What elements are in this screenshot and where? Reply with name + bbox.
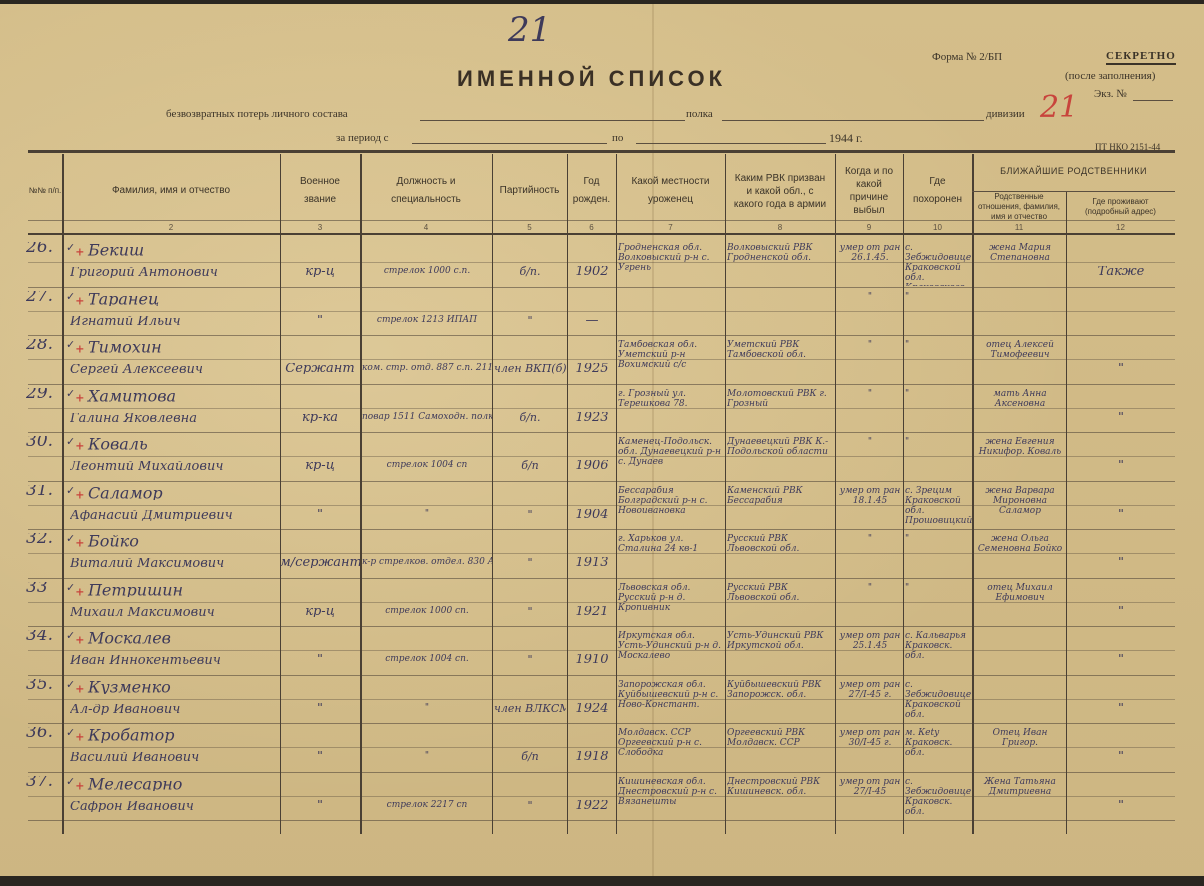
relative-cell: жена Ольга Семеновна Бойко [974,534,1066,577]
period-year: 1944 г. [829,131,863,146]
row-number: 37. [26,776,62,787]
rank-cell: Сержант [280,363,360,374]
col-header-name: Фамилия, имя и отчество [62,160,280,222]
buried-cell: " [905,389,972,432]
col-number: 12 [1066,223,1175,232]
address-cell: " [1068,509,1174,520]
reason-cell: умер от ран 30/I-45 г. [837,728,903,771]
surname: Кузменко [88,679,171,695]
deceased-cross-icon: + [75,343,84,355]
given-names: Сергей Алексеевич [70,364,278,375]
regiment-label: полка [686,108,713,120]
after-filling-note: (после заполнения) [1065,70,1155,82]
unit-line [420,120,685,121]
position-cell: стрелок 1000 с.п. [362,266,492,276]
rank-cell: кр-ка [280,412,360,423]
position-cell: стрелок 1213 ИПАП [362,315,492,325]
origin-cell: г. Грозный ул. Терешкова 78. [618,389,724,432]
deceased-cross-icon: + [75,391,84,403]
row-divider [28,287,1175,288]
given-names: Иван Иннокентьевич [70,655,278,666]
row-number: 35. [26,679,62,690]
origin-cell: Каменец-Подольск. обл. Дунаевецкий р-н с… [618,437,724,480]
deceased-cross-icon: + [75,731,84,743]
col-number: 2 [62,223,280,232]
surname-cell: ✓+ Саламор [66,485,278,501]
address-cell: " [1068,460,1174,471]
col-divider [835,154,836,834]
reason-cell: умер от ран 25.1.45 [837,631,903,674]
party-cell: " [494,606,566,617]
position-cell: стрелок 1004 сп. [362,654,492,664]
row-divider [28,820,1175,821]
header-bottom-rule [28,233,1175,235]
check-mark-icon: ✓ [66,339,75,351]
copy-number-line [1133,100,1173,101]
regiment-line [722,120,984,121]
deceased-cross-icon: + [75,634,84,646]
origin-cell: Львовская обл. Русский р-н д. Кропивник [618,583,724,626]
relative-cell: Жена Татьяна Дмитриевна [974,777,1066,820]
col-number: 7 [616,223,725,232]
form-sheet: 21 Форма № 2/БП СЕКРЕТНО (после заполнен… [0,4,1204,876]
division-label: дивизии [986,108,1025,120]
position-cell: ком. стр. отд. 887 с.п. 211 с.д. [362,363,492,373]
row-number: 30. [26,436,62,447]
row-divider [28,529,1175,530]
reason-cell: " [837,340,903,383]
position-cell: стрелок 2217 сп [362,800,492,810]
row-number: 34. [26,630,62,641]
row-number: 33 [26,582,62,593]
surname-cell: ✓+ Тимохин [66,339,278,355]
col-divider [1066,192,1067,834]
origin-cell: г. Харьков ул. Сталина 24 кв-1 [618,534,724,577]
rvk-cell: Волковыский РВК Гродненской обл. [727,243,834,286]
deceased-cross-icon: + [75,585,84,597]
buried-cell: с. Зебжидовице Краковской обл. Краковско… [905,243,972,286]
origin-cell: Молдавск. ССР Оргеевский р-н с. Слободка [618,728,724,771]
buried-cell: м. Кеty Краковск. обл. [905,728,972,771]
party-cell: " [494,654,566,665]
buried-cell: " [905,292,972,335]
given-names: Виталий Максимович [70,558,278,569]
row-divider [28,578,1175,579]
position-cell: " [362,703,492,713]
col-number: 10 [903,223,972,232]
row-divider [28,432,1175,433]
classification-stamp: СЕКРЕТНО [1106,50,1176,65]
party-cell: " [494,557,566,568]
relative-cell: жена Варвара Мироновна Саламор [974,486,1066,529]
position-cell: стрелок 1000 сп. [362,606,492,616]
surname: Петришин [88,582,183,598]
surname-cell: ✓+ Бойко [66,533,278,549]
deceased-cross-icon: + [75,682,84,694]
party-cell: б/п. [494,412,566,423]
buried-cell: " [905,340,972,383]
surname-cell: ✓+ Хамитова [66,388,278,404]
origin-cell [618,292,724,335]
year-cell: 1918 [568,751,616,762]
relative-cell: Отец Иван Григор. [974,728,1066,771]
rank-cell: " [280,800,360,811]
rvk-cell: Куйбышевский РВК Запорожск. обл. [727,680,834,723]
col-divider [725,154,726,834]
col-number: 8 [725,223,835,232]
col-header-relative: Родственные отношения, фамилия, имя и от… [972,194,1066,220]
division-handwritten-mark: 21 [1040,90,1078,125]
surname-cell: ✓+ Кузменко [66,679,278,695]
reason-cell: " [837,534,903,577]
reason-cell: умер от ран 26.1.45. [837,243,903,286]
rvk-cell: Русский РВК Львовской обл. [727,583,834,626]
row-number: 29. [26,388,62,399]
surname: Коваль [88,436,148,452]
rank-cell: " [280,315,360,326]
reason-cell: " [837,389,903,432]
buried-cell: с. Зебжидовице Краковск. обл. [905,777,972,820]
rank-cell: кр-ц [280,460,360,471]
address-cell: " [1068,363,1174,374]
year-cell: 1923 [568,412,616,423]
address-cell: Также [1068,266,1174,277]
rank-cell: " [280,654,360,665]
rvk-cell: Уметский РВК Тамбовской обл. [727,340,834,383]
surname-cell: ✓+ Мелесарно [66,776,278,792]
check-mark-icon: ✓ [66,727,75,739]
surname: Саламор [88,485,163,501]
party-cell: член ВЛКСМ [494,703,566,714]
year-cell: 1902 [568,266,616,277]
col-number: 9 [835,223,903,232]
col-number: 6 [567,223,616,232]
position-cell: к-р стрелков. отдел. 830 АП [362,557,492,567]
given-names: Афанасий Дмитриевич [70,510,278,521]
given-names: Василий Иванович [70,752,278,763]
period-from-label: за период с [336,132,389,144]
buried-cell: " [905,437,972,480]
surname: Хамитова [88,388,176,404]
party-cell: " [494,800,566,811]
origin-cell: Гродненская обл. Волковыский р-н с. Угре… [618,243,724,286]
rvk-cell: Дунаевецкий РВК К.-Подольской области [727,437,834,480]
party-cell: б/п [494,751,566,762]
deceased-cross-icon: + [75,246,84,258]
surname-cell: ✓+ Коваль [66,436,278,452]
rvk-cell: Днестровский РВК Кишиневск. обл. [727,777,834,820]
check-mark-icon: ✓ [66,291,75,303]
rank-cell: " [280,509,360,520]
reason-cell: умер от ран 18.1.45 [837,486,903,529]
surname-cell: ✓+ Таранец [66,291,278,307]
party-cell: " [494,315,566,326]
surname: Кробатор [88,727,175,743]
rvk-cell: Молотовский РВК г. Грозный [727,389,834,432]
address-cell: " [1068,557,1174,568]
copy-number-label: Экз. № [1094,88,1127,100]
party-cell: б/п. [494,266,566,277]
surname: Таранец [88,291,159,307]
year-cell: 1921 [568,606,616,617]
position-cell: " [362,751,492,761]
surname-cell: ✓+ Москалев [66,630,278,646]
surname: Мелесарно [88,776,182,792]
page-number: 21 [508,10,551,50]
col-header-position: Должность и специальность [360,160,492,222]
reason-cell: " [837,583,903,626]
buried-cell: с. Кальварья Краковск. обл. [905,631,972,674]
col-divider [280,154,281,834]
origin-cell: Бессарабия Болградский р-н с. Новоиванов… [618,486,724,529]
col-header-burial: Где похоронен [903,160,972,222]
address-cell: " [1068,703,1174,714]
check-mark-icon: ✓ [66,242,75,254]
col-header-address: Где проживают (подробный адрес) [1066,194,1175,220]
row-number: 36. [26,727,62,738]
given-names: Григорий Антонович [70,267,278,278]
table-top-rule [28,150,1175,153]
given-names: Михаил Максимович [70,607,278,618]
col-header-rank: Военное звание [280,160,360,222]
rank-cell: кр-ц [280,266,360,277]
row-divider [28,335,1175,336]
buried-cell: с. Зрецим Краковской обл. Прошовицкий р-… [905,486,972,529]
party-cell: б/п [494,460,566,471]
relative-cell: жена Евгения Никифор. Коваль [974,437,1066,480]
col-number: 3 [280,223,360,232]
relative-cell: жена Мария Степановна [974,243,1066,286]
party-cell: " [494,509,566,520]
col-number: 11 [972,223,1066,232]
check-mark-icon: ✓ [66,485,75,497]
period-from-line [412,143,607,144]
address-cell: " [1068,606,1174,617]
row-divider [28,723,1175,724]
row-number: 32. [26,533,62,544]
rank-cell: " [280,703,360,714]
check-mark-icon: ✓ [66,776,75,788]
relative-cell [974,680,1066,723]
col-header-birth-year: Год рожден. [567,160,616,222]
row-divider [28,626,1175,627]
col-divider [903,154,904,834]
year-cell: 1925 [568,363,616,374]
col-divider [567,154,568,834]
surname-cell: ✓+ Кробатор [66,727,278,743]
losses-label: безвозвратных потерь личного состава [166,108,348,120]
origin-cell: Кишиневская обл. Днестровский р-н с. Вяз… [618,777,724,820]
given-names: Игнатий Ильич [70,316,278,327]
rvk-cell: Оргеевский РВК Молдавск. ССР [727,728,834,771]
row-number: 26. [26,242,62,253]
deceased-cross-icon: + [75,488,84,500]
col-divider [360,154,362,834]
form-number: Форма № 2/БП [932,51,1002,63]
col-divider [62,154,64,834]
row-divider [28,772,1175,773]
reason-cell: " [837,437,903,480]
row-divider [28,675,1175,676]
check-mark-icon: ✓ [66,630,75,642]
buried-cell: " [905,534,972,577]
party-cell: член ВКП(б) [494,363,566,374]
address-cell: " [1068,654,1174,665]
position-cell: стрелок 1004 сп [362,460,492,470]
rvk-cell: Усть-Удинский РВК Иркутской обл. [727,631,834,674]
col-number: 5 [492,223,567,232]
year-cell: 1913 [568,557,616,568]
surname-cell: ✓+ Петришин [66,582,278,598]
check-mark-icon: ✓ [66,436,75,448]
relative-cell: отец Алексей Тимофеевич [974,340,1066,383]
buried-cell: с. Зебжидовице Краковской обл. [905,680,972,723]
row-divider [28,481,1175,482]
col-number: 4 [360,223,492,232]
period-to-line [636,143,826,144]
given-names: Ал-др Иванович [70,704,278,715]
address-cell: " [1068,751,1174,762]
surname: Москалев [88,630,171,646]
check-mark-icon: ✓ [66,533,75,545]
rank-cell: " [280,751,360,762]
check-mark-icon: ✓ [66,582,75,594]
reason-cell: умер от ран 27/I-45 [837,777,903,820]
year-cell: 1906 [568,460,616,471]
deceased-cross-icon: + [75,440,84,452]
col-header-number: №№ п/п. [28,160,62,222]
row-number: 28. [26,339,62,350]
rvk-cell: Каменский РВК Бессарабия [727,486,834,529]
buried-cell: " [905,583,972,626]
col-header-origin: Какой местности уроженец [616,160,725,222]
year-cell: 1924 [568,703,616,714]
rvk-cell [727,292,834,335]
position-cell: повар 1511 Самоходн. полка [362,412,492,422]
surname-cell: ✓+ Бекиш [66,242,278,258]
relative-cell: отец Михаил Ефимович [974,583,1066,626]
document-title: ИМЕННОЙ СПИСОК [457,66,726,92]
surname: Тимохин [88,339,162,355]
year-cell: 1904 [568,509,616,520]
year-cell: 1910 [568,654,616,665]
year-cell: — [568,315,616,326]
row-number: 27. [26,291,62,302]
reason-cell: умер от ран 27/I-45 г. [837,680,903,723]
given-names: Сафрон Иванович [70,801,278,812]
period-to-label: по [612,132,623,144]
position-cell: " [362,509,492,519]
col-header-rvk: Каким РВК призван и какой обл., с какого… [725,160,835,222]
given-names: Леонтий Михайлович [70,461,278,472]
row-divider [28,384,1175,385]
relative-cell [974,631,1066,674]
col-header-party: Партийность [492,160,567,222]
address-cell: " [1068,800,1174,811]
rank-cell: кр-ц [280,606,360,617]
origin-cell: Тамбовская обл. Уметский р-н Вохимский с… [618,340,724,383]
check-mark-icon: ✓ [66,388,75,400]
deceased-cross-icon: + [75,779,84,791]
rvk-cell: Русский РВК Львовской обл. [727,534,834,577]
col-divider [616,154,617,834]
col-group-header-relatives: БЛИЖАЙШИЕ РОДСТВЕННИКИ [972,154,1175,188]
col-divider [492,154,493,834]
col-header-reason: Когда и по какой причине выбыл [835,160,903,222]
origin-cell: Иркутская обл. Усть-Удинский р-н д. Моск… [618,631,724,674]
deceased-cross-icon: + [75,537,84,549]
origin-cell: Запорожская обл. Куйбышевский р-н с. Нов… [618,680,724,723]
check-mark-icon: ✓ [66,679,75,691]
surname: Бойко [88,533,139,549]
given-names: Галина Яковлевна [70,413,278,424]
relative-cell [974,292,1066,335]
row-number: 31. [26,485,62,496]
deceased-cross-icon: + [75,294,84,306]
address-cell: " [1068,412,1174,423]
relative-cell: мать Анна Аксеновна [974,389,1066,432]
surname: Бекиш [88,242,144,258]
year-cell: 1922 [568,800,616,811]
reason-cell: " [837,292,903,335]
rank-cell: м/сержант [280,557,360,568]
